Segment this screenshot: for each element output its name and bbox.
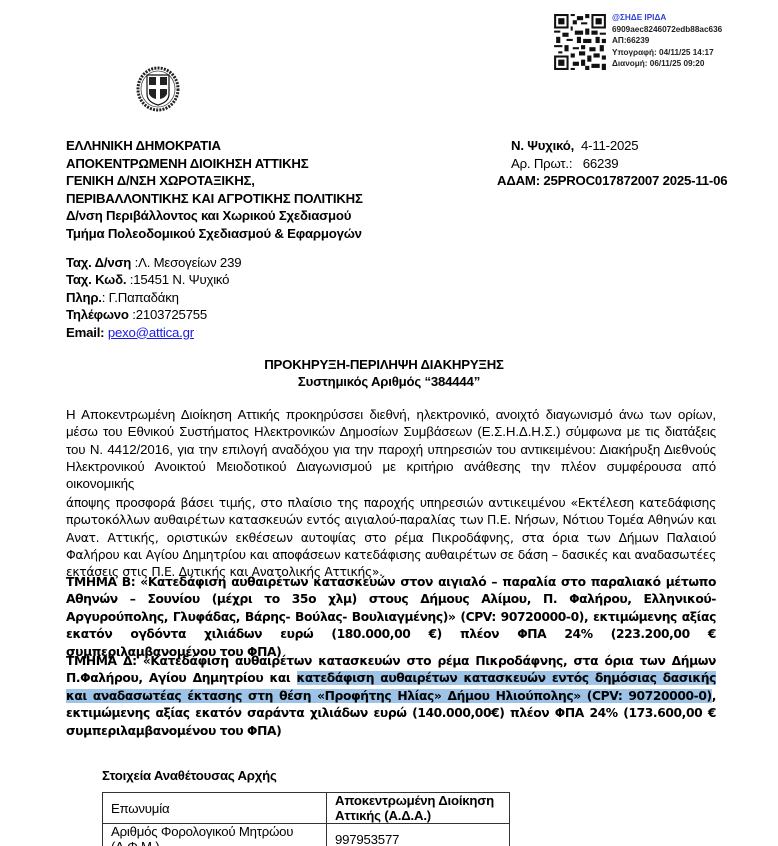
section-b: ΤΜΗΜΑ Β: «Κατεδάφιση αυθαιρέτων κατασκευ… [66, 574, 716, 661]
header-line: ΠΕΡΙΒΑΛΛΟΝΤΙΚΗΣ ΚΑΙ ΑΓΡΟΤΙΚΗΣ ΠΟΛΙΤΙΚΗΣ [66, 190, 363, 208]
header-line: ΓΕΝΙΚΗ Δ/ΝΣΗ ΧΩΡΟΤΑΞΙΚΗΣ, [66, 172, 363, 190]
stamp-title: @ΣΗΔΕ ΙΡΙΔΑ [612, 12, 722, 24]
document-reference: Ν. Ψυχικό, 4-11-2025 Αρ. Πρωτ.: 66239 ΑΔ… [497, 137, 727, 190]
protocol-number: 66239 [583, 156, 619, 171]
title-line-1: ΠΡΟΚΗΡΥΞΗ-ΠΕΡΙΛΗΨΗ ΔΙΑΚΗΡΥΞΗΣ [0, 356, 778, 373]
table-cell-label: Επωνυμία [103, 793, 327, 824]
section-d: ΤΜΗΜΑ Δ: «Κατεδάφιση αυθαιρέτων κατασκευ… [66, 653, 716, 740]
address-value: :Λ. Μεσογείων 239 [135, 255, 242, 270]
document-title: ΠΡΟΚΗΡΥΞΗ-ΠΕΡΙΛΗΨΗ ΔΙΑΚΗΡΥΞΗΣ Συστημικός… [0, 356, 778, 391]
postal-label: Ταχ. Κωδ. [66, 272, 126, 287]
qr-code-icon [554, 14, 606, 70]
issuing-authority-header: ΕΛΛΗΝΙΚΗ ΔΗΜΟΚΡΑΤΙΑ ΑΠΟΚΕΝΤΡΩΜΕΝΗ ΔΙΟΙΚΗ… [66, 137, 363, 243]
greek-coat-of-arms-icon [136, 66, 180, 112]
table-row: Αριθμός Φορολογικού Μητρώου (Α.Φ.Μ.) 997… [103, 824, 510, 846]
title-line-2: Συστημικός Αριθμός “384444” [0, 373, 778, 390]
table-row: Επωνυμία Αποκεντρωμένη Διοίκηση Αττικής … [103, 793, 510, 824]
info-value: : Γ.Παπαδάκη [102, 290, 179, 305]
header-line: ΕΛΛΗΝΙΚΗ ΔΗΜΟΚΡΑΤΙΑ [66, 137, 363, 155]
document-date: 4-11-2025 [581, 138, 638, 153]
table-cell-label: Αριθμός Φορολογικού Μητρώου (Α.Φ.Μ.) [103, 824, 327, 846]
place-label: Ν. Ψυχικό, [511, 138, 574, 153]
authority-heading: Στοιχεία Αναθέτουσας Αρχής [102, 767, 277, 784]
email-link[interactable]: pexo@attica.gr [108, 325, 194, 340]
stamp-distribution-date: Διανομή: 06/11/25 09:20 [612, 58, 722, 70]
postal-value: :15451 Ν. Ψυχικό [130, 272, 230, 287]
info-label: Πληρ. [66, 290, 102, 305]
signature-stamp: @ΣΗΔΕ ΙΡΙΔΑ 6909aec8246072edb88ac636 ΑΠ:… [612, 12, 722, 70]
stamp-hash: 6909aec8246072edb88ac636 [612, 24, 722, 36]
service-description-paragraph: άποψης προσφορά βάσει τιμής, στο πλαίσιο… [66, 494, 716, 580]
stamp-protocol: ΑΠ:66239 [612, 35, 722, 47]
contact-details: Ταχ. Δ/νση :Λ. Μεσογείων 239 Ταχ. Κωδ. :… [66, 254, 241, 341]
table-cell-value: 997953577 [327, 824, 510, 846]
table-cell-value: Αποκεντρωμένη Διοίκηση Αττικής (Α.Δ.Α.) [327, 793, 510, 824]
header-line: Δ/νση Περιβάλλοντος και Χωρικού Σχεδιασμ… [66, 207, 363, 225]
authority-table: Επωνυμία Αποκεντρωμένη Διοίκηση Αττικής … [102, 792, 510, 846]
adam-number: ΑΔΑΜ: 25PROC017872007 2025-11-06 [497, 172, 727, 190]
phone-value: :2103725755 [132, 307, 207, 322]
intro-paragraph: Η Αποκεντρωμένη Διοίκηση Αττικής προκηρύ… [66, 406, 716, 492]
header-line: ΑΠΟΚΕΝΤΡΩΜΕΝΗ ΔΙΟΙΚΗΣΗ ΑΤΤΙΚΗΣ [66, 155, 363, 173]
email-label: Email: [66, 325, 104, 340]
stamp-signature-date: Υπογραφή: 04/11/25 14:17 [612, 47, 722, 59]
header-line: Τμήμα Πολεοδομικού Σχεδιασμού & Εφαρμογώ… [66, 225, 363, 243]
address-label: Ταχ. Δ/νση [66, 255, 131, 270]
protocol-label: Αρ. Πρωτ.: [511, 156, 572, 171]
phone-label: Τηλέφωνο [66, 307, 129, 322]
